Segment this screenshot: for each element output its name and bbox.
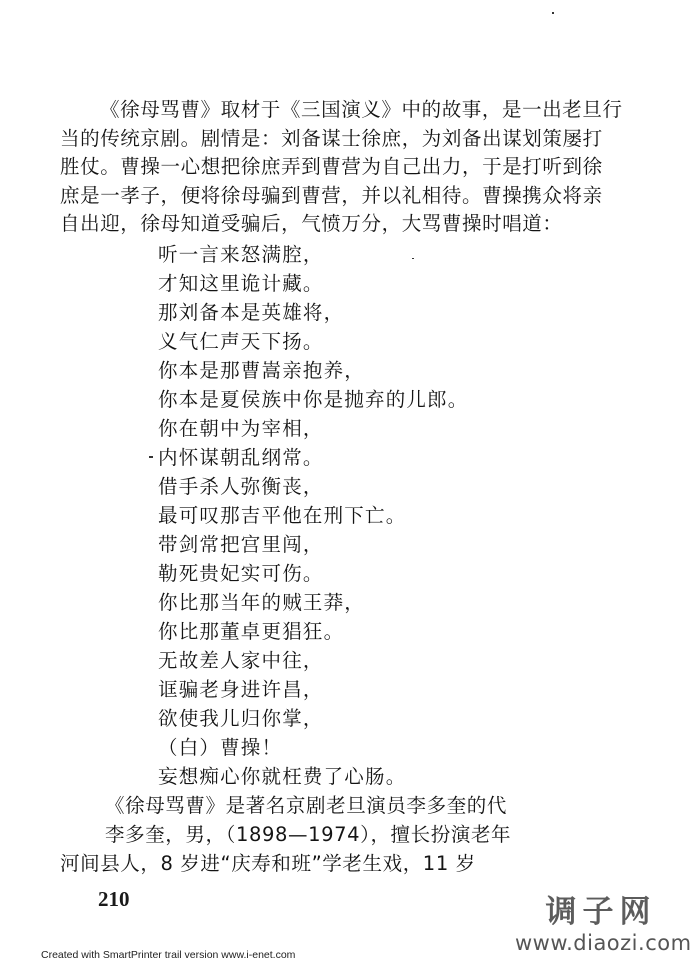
scanned-book-page: 《徐母骂曹》取材于《三国演义》中的故事，是一出老旦行 当的传统京剧。剧情是：刘备…: [0, 0, 690, 975]
verse-line-16: 诓骗老身进许昌，: [158, 678, 324, 702]
page-number: 210: [98, 887, 130, 912]
intro-line-4: 庶是一孝子，便将徐母骗到曹营，并以礼相待。曹操携众将亲: [60, 184, 603, 208]
verse-line-17: 欲使我儿归你掌，: [158, 707, 324, 731]
verse-line-10: 最可叹那吉平他在刑下亡。: [158, 504, 406, 528]
scan-speck: [149, 456, 153, 458]
scan-speck: [552, 12, 554, 14]
verse-line-7: 你在朝中为宰相，: [158, 417, 324, 441]
verse-line-13: 你比那当年的贼王莽，: [158, 591, 365, 615]
intro-line-3: 胜仗。曹操一心想把徐庶弄到曹营为自己出力，于是打听到徐: [60, 155, 603, 179]
verse-line-2: 才知这里诡计藏。: [158, 272, 324, 296]
intro-line-5: 自出迎，徐母知道受骗后，气愤万分，大骂曹操时唱道：: [60, 212, 563, 236]
verse-line-12: 勒死贵妃实可伤。: [158, 562, 324, 586]
verse-line-19: 妄想痴心你就枉费了心肠。: [158, 765, 406, 789]
verse-line-1: 听一言来怒满腔，: [158, 243, 324, 267]
verse-line-5: 你本是那曹嵩亲抱养，: [158, 359, 365, 383]
scan-speck: [412, 258, 414, 259]
verse-line-3: 那刘备本是英雄将，: [158, 301, 344, 325]
site-watermark: 调子网 www.diaozi.com: [515, 894, 687, 956]
verse-line-6: 你本是夏侯族中你是抛弃的儿郎。: [158, 388, 469, 412]
verse-line-14: 你比那董卓更猖狂。: [158, 620, 344, 644]
verse-line-8: 内怀谋朝乱纲常。: [158, 446, 324, 470]
intro-line-2: 当的传统京剧。剧情是：刘备谋士徐庶，为刘备出谋划策屡打: [60, 127, 603, 151]
closing-line-3: 河间县人，8 岁进“庆寿和班”学老生戏，11 岁: [60, 852, 525, 876]
verse-line-15: 无故差人家中往，: [158, 649, 324, 673]
watermark-title: 调子网: [515, 894, 687, 930]
watermark-url: www.diaozi.com: [515, 930, 687, 956]
closing-line-1: 《徐母骂曹》是著名京剧老旦演员李多奎的代: [105, 794, 525, 818]
intro-line-1: 《徐母骂曹》取材于《三国演义》中的故事，是一出老旦行: [100, 98, 623, 122]
closing-line-2: 李多奎，男，（1898—1974），擅长扮演老年: [105, 823, 525, 847]
verse-line-11: 带剑常把宫里闯，: [158, 533, 324, 557]
printer-footer-note: Created with SmartPrinter trail version …: [41, 949, 295, 961]
verse-line-4: 义气仁声天下扬。: [158, 330, 324, 354]
verse-line-18-spoken: （白）曹操！: [158, 736, 282, 760]
verse-line-9: 借手杀人弥衡丧，: [158, 475, 324, 499]
